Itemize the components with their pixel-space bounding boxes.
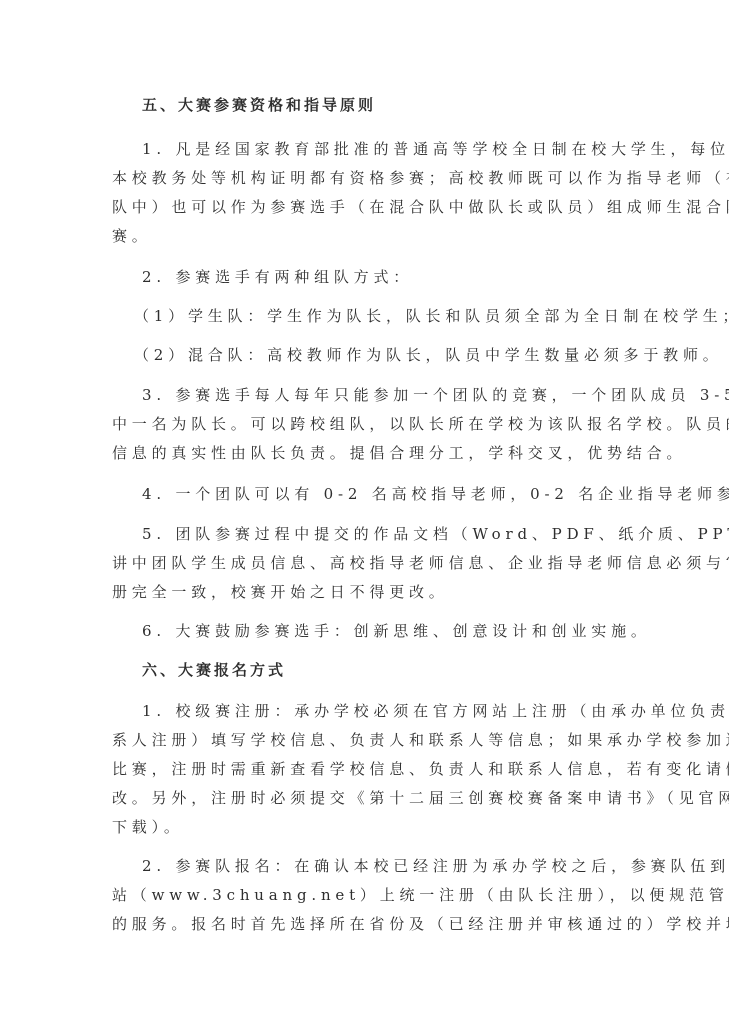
paragraph-line: 2. 参赛队报名：在确认本校已经注册为承办学校之后，参赛队伍到官方网: [142, 856, 729, 876]
paragraph-line: 信息的真实性由队长负责。提倡合理分工，学科交叉，优势结合。: [112, 443, 686, 463]
paragraph-line: 队中）也可以作为参赛选手（在混合队中做队长或队员）组成师生混合队参: [112, 197, 729, 217]
section-6-heading: 六、大赛报名方式: [142, 660, 286, 680]
paragraph-line: 的服务。报名时首先选择所在省份及（已经注册并审核通过的）学校并填写参: [112, 914, 729, 934]
paragraph-line: 讲中团队学生成员信息、高校指导老师信息、企业指导老师信息必须与官网注: [112, 553, 729, 573]
paragraph-line: 站（www.3chuang.net）上统一注册（由队长注册），以便规范管理和提供…: [112, 885, 729, 905]
paragraph-line: 1. 凡是经国家教育部批准的普通高等学校全日制在校大学生，每位选手经: [142, 139, 729, 159]
paragraph-line: 5. 团队参赛过程中提交的作品文档（Word、PDF、纸介质、PPT 等）中和演: [142, 524, 729, 544]
paragraph-line: （1）学生队：学生作为队长，队长和队员须全部为全日制在校学生；: [134, 306, 729, 326]
paragraph-line: 4. 一个团队可以有 0-2 名高校指导老师，0-2 名企业指导老师参加。: [142, 484, 729, 504]
paragraph-line: 赛。: [112, 226, 152, 246]
paragraph-line: （2）混合队：高校教师作为队长，队员中学生数量必须多于教师。: [134, 345, 723, 365]
paragraph-line: 改。另外，注册时必须提交《第十二届三创赛校赛备案申请书》（见官网资料: [112, 788, 729, 808]
paragraph-line: 册完全一致，校赛开始之日不得更改。: [112, 582, 449, 602]
section-5-heading: 五、大赛参赛资格和指导原则: [142, 95, 376, 115]
paragraph-line: 3. 参赛选手每人每年只能参加一个团队的竞赛，一个团队成员 3-5 名，其: [142, 385, 729, 405]
paragraph-line: 2. 参赛选手有两种组队方式：: [142, 267, 413, 287]
paragraph-line: 6. 大赛鼓励参赛选手：创新思维、创意设计和创业实施。: [142, 621, 651, 641]
paragraph-line: 下载）。: [112, 817, 184, 837]
paragraph-line: 本校教务处等机构证明都有资格参赛；高校教师既可以作为指导老师（在学生: [112, 168, 729, 188]
paragraph-line: 系人注册）填写学校信息、负责人和联系人等信息；如果承办学校参加过往届: [112, 730, 729, 750]
paragraph-line: 中一名为队长。可以跨校组队，以队长所在学校为该队报名学校。队员的身份: [112, 414, 729, 434]
paragraph-line: 比赛，注册时需重新查看学校信息、负责人和联系人信息，若有变化请做修: [112, 759, 729, 779]
paragraph-line: 1. 校级赛注册：承办学校必须在官方网站上注册（由承办单位负责人或联: [142, 701, 729, 721]
